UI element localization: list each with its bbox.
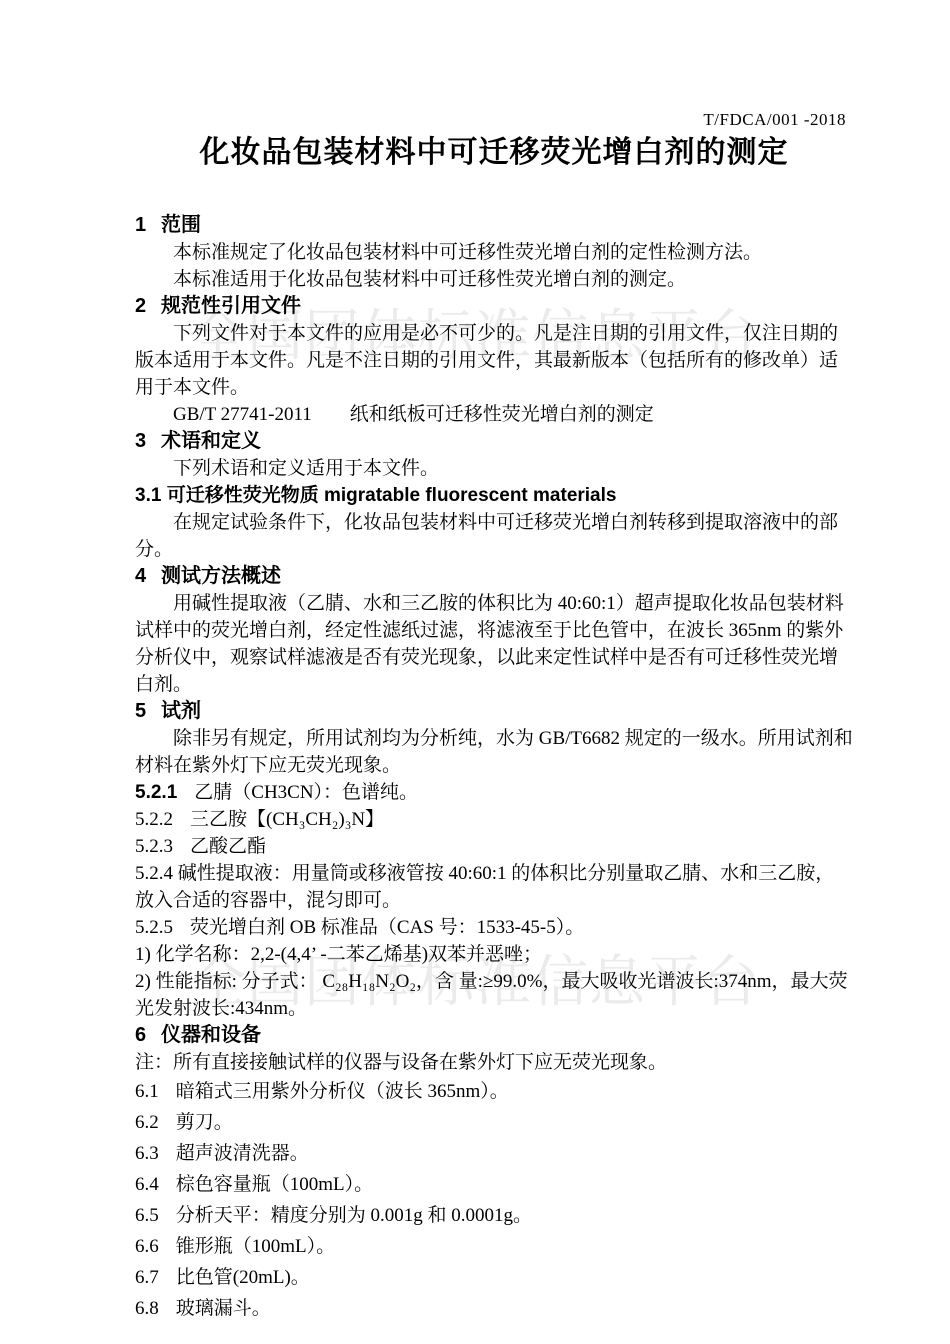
section-heading: 6仪器和设备	[135, 1022, 853, 1049]
clause-text: 玻璃漏斗。	[176, 1293, 271, 1324]
paragraph: 在规定试验条件下，化妆品包装材料中可迁移荧光增白剂转移到提取溶液中的部分。	[135, 509, 853, 563]
clause-number: 5.2.5	[135, 914, 173, 941]
paragraph: 5.2.4 碱性提取液：用量筒或移液管按 40:60:1 的体积比分别量取乙腈、…	[135, 860, 853, 914]
paragraph: 用碱性提取液（乙腈、水和三乙胺的体积比为 40:60:1）超声提取化妆品包装材料…	[135, 590, 853, 698]
section-title: 术语和定义	[161, 430, 261, 452]
clause-text: 比色管(20mL)。	[176, 1262, 310, 1293]
section-number: 3	[135, 428, 161, 455]
clause-item: 6.3超声波清洗器。	[135, 1138, 853, 1169]
clause-number: 5.2.2	[135, 806, 173, 833]
section-number: 1	[135, 212, 161, 239]
section-heading: 3术语和定义	[135, 428, 853, 455]
clause-item: 5.2.3乙酸乙酯	[135, 833, 853, 860]
doc-number: T/FDCA/001 -2018	[703, 110, 846, 130]
section-number: 6	[135, 1022, 161, 1049]
document-body: 1范围本标准规定了化妆品包装材料中可迁移性荧光增白剂的定性检测方法。本标准适用于…	[135, 212, 853, 1324]
clause-text: 棕色容量瓶（100mL）。	[176, 1169, 373, 1200]
section-heading: 2规范性引用文件	[135, 293, 853, 320]
clause-number: 6.7	[135, 1262, 159, 1293]
clause-number: 6.5	[135, 1200, 159, 1231]
clause-text: 剪刀。	[176, 1107, 233, 1138]
clause-number: 5.2.1	[135, 779, 177, 806]
subsection-heading: 3.1 可迁移性荧光物质 migratable fluorescent mate…	[135, 482, 853, 509]
clause-item: 5.2.5荧光增白剂 OB 标准品（CAS 号：1533-45-5）。	[135, 914, 853, 941]
clause-item: 6.4棕色容量瓶（100mL）。	[135, 1169, 853, 1200]
clause-item: 6.6锥形瓶（100mL）。	[135, 1231, 853, 1262]
clause-text: 三乙胺【(CH₃CH₂)₃N】	[190, 806, 384, 833]
section-number: 4	[135, 563, 161, 590]
paragraph: 本标准适用于化妆品包装材料中可迁移性荧光增白剂的测定。	[135, 266, 853, 293]
clause-text: 锥形瓶（100mL）。	[176, 1231, 335, 1262]
clause-text: 暗箱式三用紫外分析仪（波长 365nm）。	[176, 1076, 509, 1107]
clause-item: 5.2.1乙腈（CH3CN）：色谱纯。	[135, 779, 853, 806]
section-heading: 1范围	[135, 212, 853, 239]
clause-item: 6.8玻璃漏斗。	[135, 1293, 853, 1324]
clause-number: 6.1	[135, 1076, 159, 1107]
section-number: 5	[135, 698, 161, 725]
paragraph: 1) 化学名称：2,2-(4,4’ -二苯乙烯基)双苯并恶唑；	[135, 941, 853, 968]
clause-number: 6.8	[135, 1293, 159, 1324]
clause-text: 超声波清洗器。	[176, 1138, 309, 1169]
clause-text: 荧光增白剂 OB 标准品（CAS 号：1533-45-5）。	[190, 914, 584, 941]
clause-number: 6.2	[135, 1107, 159, 1138]
paragraph: 注：所有直接接触试样的仪器与设备在紫外灯下应无荧光现象。	[135, 1049, 853, 1076]
section-heading: 4测试方法概述	[135, 563, 853, 590]
section-number: 2	[135, 293, 161, 320]
document-page: 全国团体标准信息平台 全国团体标准信息平台 T/FDCA/001 -2018 化…	[0, 0, 950, 1344]
clause-item: 6.2剪刀。	[135, 1107, 853, 1138]
clause-item: 5.2.2三乙胺【(CH₃CH₂)₃N】	[135, 806, 853, 833]
section-title: 范围	[161, 214, 201, 236]
paragraph: 除非另有规定，所用试剂均为分析纯，水为 GB/T6682 规定的一级水。所用试剂…	[135, 725, 853, 779]
clause-number: 6.6	[135, 1231, 159, 1262]
paragraph: 下列文件对于本文件的应用是必不可少的。凡是注日期的引用文件，仅注日期的版本适用于…	[135, 320, 853, 401]
section-title: 试剂	[161, 700, 201, 722]
paragraph: 2) 性能指标: 分子式： C₂₈H₁₈N₂O₂，含 量:≥99.0%，最大吸收…	[135, 968, 853, 1022]
clause-item: 6.7比色管(20mL)。	[135, 1262, 853, 1293]
paragraph: 下列术语和定义适用于本文件。	[135, 455, 853, 482]
section-title: 测试方法概述	[161, 565, 281, 587]
clause-item: 6.5分析天平：精度分别为 0.001g 和 0.0001g。	[135, 1200, 853, 1231]
section-heading: 5试剂	[135, 698, 853, 725]
section-title: 规范性引用文件	[161, 295, 301, 317]
clause-number: 6.4	[135, 1169, 159, 1200]
document-title: 化妆品包装材料中可迁移荧光增白剂的测定	[135, 134, 853, 172]
paragraph: 本标准规定了化妆品包装材料中可迁移性荧光增白剂的定性检测方法。	[135, 239, 853, 266]
section-title: 仪器和设备	[161, 1024, 261, 1046]
paragraph: GB/T 27741-2011 纸和纸板可迁移性荧光增白剂的测定	[135, 401, 853, 428]
clause-text: 乙腈（CH3CN）：色谱纯。	[194, 779, 418, 806]
clause-item: 6.1暗箱式三用紫外分析仪（波长 365nm）。	[135, 1076, 853, 1107]
clause-number: 6.3	[135, 1138, 159, 1169]
clause-number: 5.2.3	[135, 833, 173, 860]
clause-text: 乙酸乙酯	[190, 833, 266, 860]
clause-text: 分析天平：精度分别为 0.001g 和 0.0001g。	[176, 1200, 532, 1231]
